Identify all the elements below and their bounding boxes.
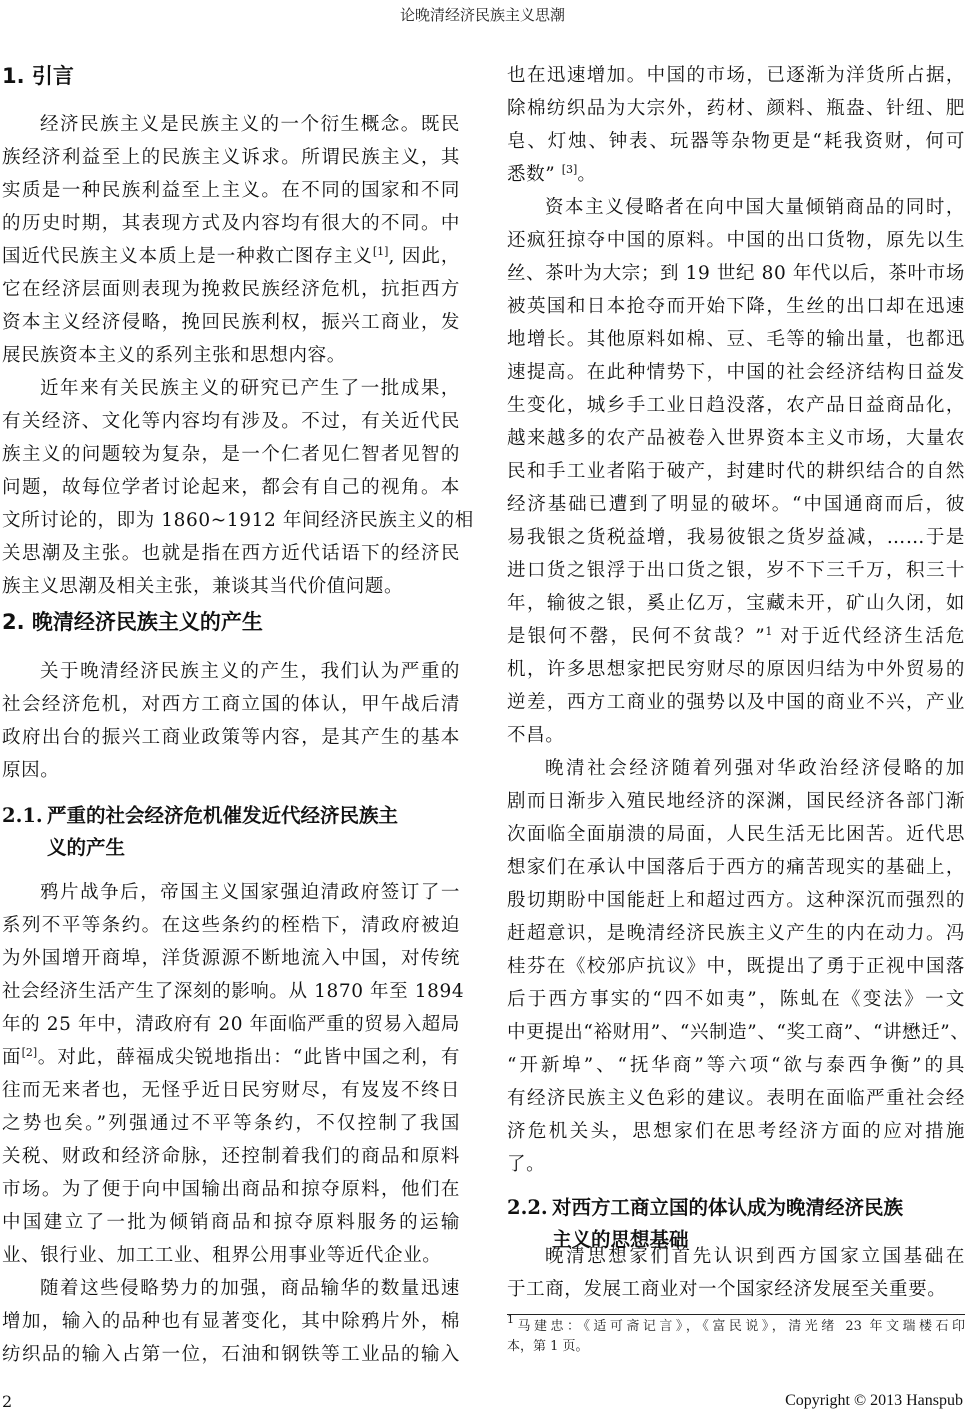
footnote-line: 1马建忠：《适可斋记言》，《富民说》，清光绪 23 年文瑞楼石印 — [507, 1318, 965, 1335]
section-2-1-heading-cont: 义的产生 — [2, 836, 125, 860]
section-2-1-heading: 2.1.严重的社会经济危机催发近代经济民族主 — [2, 804, 398, 828]
section-number: 2.2. — [507, 1196, 552, 1220]
paragraph-line: 族主义思潮及相关主张，兼谈其当代价值问题。 — [2, 576, 460, 598]
text-span: 对于近代经济生活危 — [772, 626, 965, 647]
paragraph-line: 后于西方事实的“四不如夷”，陈虬在《变法》一文 — [507, 989, 965, 1011]
paragraph-line: 近年来有关民族主义的研究已产生了一批成果， — [2, 378, 460, 400]
page-number: 2 — [2, 1392, 12, 1411]
paragraph-line: 不昌。 — [507, 725, 965, 747]
paragraph-line: 族经济利益至上的民族主义诉求。所谓民族主义，其 — [2, 147, 460, 169]
copyright-notice: Copyright © 2013 Hanspub — [785, 1392, 963, 1410]
paragraph-line: 关思潮及主张。也就是指在西方近代话语下的经济民 — [2, 543, 460, 565]
paragraph-line: 晚清社会经济随着列强对华政治经济侵略的加 — [507, 758, 965, 780]
text-span: 面 — [2, 1047, 22, 1068]
paragraph-line: 易我银之货税益增，我易彼银之货岁益减，……于是 — [507, 527, 965, 549]
paragraph-line: 还疯狂掠夺中国的原料。中国的出口货物，原先以生 — [507, 230, 965, 252]
footnote-number: 1 — [507, 1313, 514, 1326]
running-header-title: 论晚清经济民族主义思潮 — [0, 4, 965, 25]
paragraph-line: 社会经济危机，对西方工商立国的体认，甲午战后清 — [2, 694, 460, 716]
paragraph-line: 进口货之银浮于出口货之银，岁不下三千万，积三十 — [507, 560, 965, 582]
paragraph-line: 随着这些侵略势力的加强，商品输华的数量迅速 — [2, 1278, 460, 1300]
paragraph-line: 为外国增开商埠，洋货源源不断地流入中国，对传统 — [2, 948, 460, 970]
paragraph-line: 速提高。在此种情势下，中国的社会经济结构日益发 — [507, 362, 965, 384]
paragraph-line: 于工商，发展工商业对一个国家经济发展至关重要。 — [507, 1279, 965, 1301]
paragraph-line: 剧而日渐步入殖民地经济的深渊，国民经济各部门渐 — [507, 791, 965, 813]
paragraph-line: 社会经济生活产生了深刻的影响。从 1870 年至 1894 — [2, 981, 460, 1003]
paragraph-line: 关于晚清经济民族主义的产生，我们认为严重的 — [2, 661, 460, 683]
paragraph-line: “开新埠”、“抚华商”等六项“欲与泰西争衡”的具 — [507, 1055, 965, 1077]
paragraph-line: 年的 25 年中，清政府有 20 年面临严重的贸易入超局 — [2, 1014, 460, 1036]
text-span: , 因此， — [388, 246, 460, 267]
paragraph-line: 展民族资本主义的系列主张和思想内容。 — [2, 345, 460, 367]
paragraph-line: 中更提出“裕财用”、“兴制造”、“奖工商”、“讲懋迁”、 — [507, 1022, 965, 1044]
section-number: 2.1. — [2, 804, 47, 828]
paragraph-line: 经济基础已遭到了明显的破坏。“中国通商而后，彼 — [507, 494, 965, 516]
paragraph-line: 实质是一种民族利益至上主义。在不同的国家和不同 — [2, 180, 460, 202]
paragraph-line-with-citation: 面[2]。对此，薛福成尖锐地指出：“此皆中国之利，有 — [2, 1047, 460, 1069]
paragraph-line: 皂、灯烛、钟表、玩器等杂物更是“耗我资财，何可 — [507, 131, 965, 153]
paragraph-line: 资本主义经济侵略，挽回民族利权，振兴工商业，发 — [2, 312, 460, 334]
paragraph-line: 殷切期盼中国能赶上和超过西方。这种深沉而强烈的 — [507, 890, 965, 912]
paragraph-line: 政府出台的振兴工商业政策等内容，是其产生的基本 — [2, 727, 460, 749]
footnote-divider — [507, 1314, 965, 1315]
text-span: 悉数” — [507, 164, 555, 185]
paragraph-line: 想家们在承认中国落后于西方的痛苦现实的基础上， — [507, 857, 965, 879]
paragraph-line: 晚清思想家们首先认识到西方国家立国基础在 — [507, 1246, 965, 1268]
paragraph-line: 它在经济层面则表现为挽救民族经济危机，抗拒西方 — [2, 279, 460, 301]
paragraph-line-with-footnote: 是银何不罄，民何不贫哉？”1 对于近代经济生活危 — [507, 626, 965, 648]
heading-text: 对西方工商立国的体认成为晚清经济民族 — [552, 1196, 903, 1219]
paragraph-line: 济危机关头，思想家们在思考经济方面的应对措施 — [507, 1121, 965, 1143]
heading-text: 严重的社会经济危机催发近代经济民族主 — [47, 804, 398, 827]
paragraph-line: 中国建立了一批为倾销商品和掠夺原料服务的运输 — [2, 1212, 460, 1234]
paragraph-line: 除棉纺织品为大宗外，药材、颜料、瓶盎、针纽、肥 — [507, 98, 965, 120]
paragraph-line: 族主义的问题较为复杂，是一个仁者见仁智者见智的 — [2, 444, 460, 466]
paragraph-line: 有经济民族主义色彩的建议。表明在面临严重社会经 — [507, 1088, 965, 1110]
text-span: 是银何不罄，民何不贫哉？” — [507, 626, 765, 647]
paragraph-line: 被英国和日本抢夺而开始下降，生丝的出口却在迅速 — [507, 296, 965, 318]
paragraph-line: 的历史时期，其表现方式及内容均有很大的不同。中 — [2, 213, 460, 235]
paragraph-line: 民和手工业者陷于破产，封建时代的耕织结合的自然 — [507, 461, 965, 483]
paragraph-line: 次面临全面崩溃的局面，人民生活无比困苦。近代思 — [507, 824, 965, 846]
paragraph-line: 经济民族主义是民族主义的一个衍生概念。既民 — [2, 114, 460, 136]
citation-ref-1[interactable]: [1] — [373, 245, 389, 258]
paragraph-line: 逆差，西方工商业的强势以及中国的商业不兴，产业 — [507, 692, 965, 714]
paragraph-line: 往而无来者也，无怪乎近日民穷财尽，有岌岌不终日 — [2, 1080, 460, 1102]
paragraph-line: 桂芬在《校邠庐抗议》中，既提出了勇于正视中国落 — [507, 956, 965, 978]
section-1-heading: 1. 引言 — [2, 63, 74, 89]
paragraph-line: 有关经济、文化等内容均有涉及。不过，有关近代民 — [2, 411, 460, 433]
text-span: 。对此，薛福成尖锐地指出：“此皆中国之利，有 — [37, 1047, 460, 1068]
paragraph-line: 也在迅速增加。中国的市场，已逐渐为洋货所占据， — [507, 65, 965, 87]
paragraph-line: 关税、财政和经济命脉，还控制着我们的商品和原料 — [2, 1146, 460, 1168]
paragraph-line: 地增长。其他原料如棉、豆、毛等的输出量，也都迅 — [507, 329, 965, 351]
paragraph-line: 业、银行业、加工工业、租界公用事业等近代企业。 — [2, 1245, 460, 1267]
section-2-heading: 2. 晚清经济民族主义的产生 — [2, 609, 263, 635]
footnote-text: 马建忠：《适可斋记言》，《富民说》，清光绪 23 年文瑞楼石印 — [514, 1319, 965, 1334]
citation-ref-3[interactable]: [3] — [562, 163, 578, 176]
paragraph-line: 机，许多思想家把民穷财尽的原因归结为中外贸易的 — [507, 659, 965, 681]
paragraph-line: 生变化，城乡手工业日趋没落，农产品日益商品化， — [507, 395, 965, 417]
paragraph-line: 原因。 — [2, 760, 460, 782]
text-span: 国近代民族主义本质上是一种救亡图存主义 — [2, 246, 373, 267]
paragraph-line: 纺织品的输入占第一位，石油和钢铁等工业品的输入 — [2, 1344, 460, 1366]
paragraph-line: 市场。为了便于向中国输出商品和掠夺原料，他们在 — [2, 1179, 460, 1201]
paragraph-line: 之势也矣。”列强通过不平等条约，不仅控制了我国 — [2, 1113, 460, 1135]
paragraph-line: 越来越多的农产品被卷入世界资本主义市场，大量农 — [507, 428, 965, 450]
paragraph-line: 资本主义侵略者在向中国大量倾销商品的同时， — [507, 197, 965, 219]
paragraph-line: 了。 — [507, 1154, 965, 1176]
heading-text: 义的产生 — [2, 836, 125, 859]
paragraph-line: 年，输彼之银，奚止亿万，宝藏未开，矿山久闭，如 — [507, 593, 965, 615]
paragraph-line-with-citation: 悉数” [3]。 — [507, 164, 965, 186]
footnote-line: 本，第 1 页。 — [507, 1338, 965, 1355]
paragraph-line: 文所讨论的，即为 1860~1912 年间经济民族主义的相 — [2, 510, 460, 532]
paragraph-line-with-citation: 国近代民族主义本质上是一种救亡图存主义[1], 因此， — [2, 246, 460, 268]
text-span: 。 — [577, 164, 596, 185]
paragraph-line: 问题，故每位学者讨论起来，都会有自己的视角。本 — [2, 477, 460, 499]
citation-ref-2[interactable]: [2] — [22, 1046, 38, 1059]
paragraph-line: 赶超意识，是晚清经济民族主义产生的内在动力。冯 — [507, 923, 965, 945]
paragraph-line: 丝、茶叶为大宗；到 19 世纪 80 年代以后，茶叶市场 — [507, 263, 965, 285]
paragraph-line: 增加，输入的品种也有显著变化，其中除鸦片外，棉 — [2, 1311, 460, 1333]
paragraph-line: 鸦片战争后，帝国主义国家强迫清政府签订了一 — [2, 882, 460, 904]
section-2-2-heading: 2.2.对西方工商立国的体认成为晚清经济民族 — [507, 1196, 903, 1220]
paragraph-line: 系列不平等条约。在这些条约的桎梏下，清政府被迫 — [2, 915, 460, 937]
